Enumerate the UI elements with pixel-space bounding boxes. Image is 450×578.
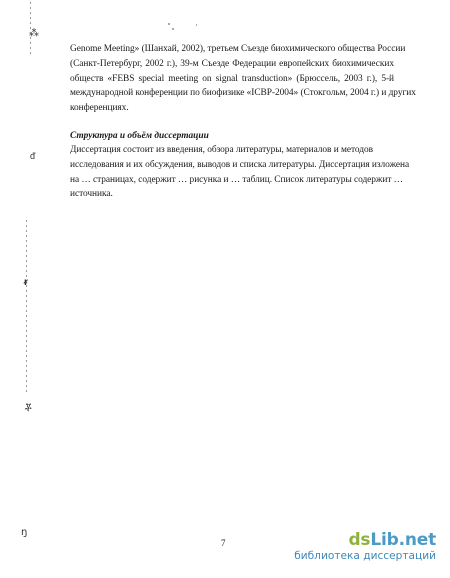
text-line: источника. <box>70 187 394 202</box>
scan-artifact-mark: ᵭ <box>30 152 35 162</box>
text-line: исследования и их обсуждения, выводов и … <box>70 158 394 173</box>
scan-artifact-line <box>26 220 27 395</box>
paragraph-structure: Диссертация состоит из введения, обзора … <box>70 143 394 202</box>
scan-artifact-mark: ⁂ <box>29 29 39 39</box>
section-heading: Структура и объём диссертации <box>70 129 209 143</box>
scan-artifact-mark: ᵲ <box>24 278 28 288</box>
scanned-page: ⁂ ᵭ ᵲ ቾ ŋ Genome Meeting» (Шанхай, 2002)… <box>0 0 450 578</box>
text-line: конференциях. <box>70 101 394 116</box>
scan-speck <box>168 23 170 25</box>
dslib-watermark-logo[interactable]: dsLib.net библиотека диссертаций <box>294 531 436 563</box>
scan-speck <box>172 28 174 30</box>
logo-tagline: библиотека диссертаций <box>294 550 436 563</box>
text-line: (Санкт-Петербург, 2002 г.), 39-м Съезде … <box>70 57 394 72</box>
paragraph-conferences: Genome Meeting» (Шанхай, 2002), третьем … <box>70 42 394 116</box>
logo-brand-lib: Lib.net <box>370 530 436 550</box>
scan-artifact-mark: ŋ <box>21 528 27 538</box>
text-line: Диссертация состоит из введения, обзора … <box>70 143 394 158</box>
text-line: обществ «FEBS special meeting on signal … <box>70 72 394 87</box>
text-line: на … страницах, содержит … рисунка и … т… <box>70 173 394 188</box>
page-number: 7 <box>221 538 226 548</box>
scan-speck <box>196 24 197 26</box>
logo-brand: dsLib.net <box>294 531 436 550</box>
text-line: Genome Meeting» (Шанхай, 2002), третьем … <box>70 42 394 57</box>
logo-brand-ds: ds <box>348 530 370 550</box>
scan-artifact-mark: ቾ <box>25 404 32 414</box>
text-line: международной конференции по биофизике «… <box>70 86 394 101</box>
